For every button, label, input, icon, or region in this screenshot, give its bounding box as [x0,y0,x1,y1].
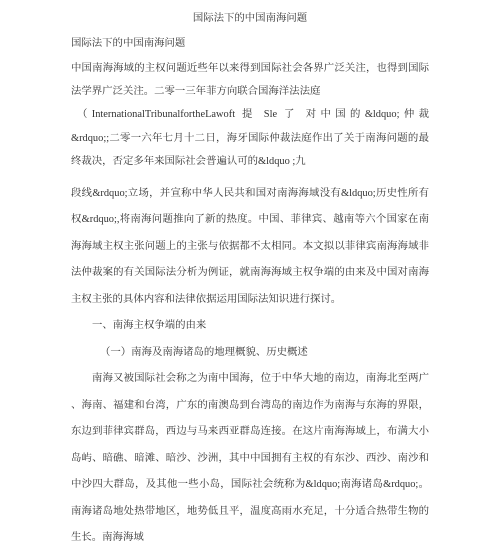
text-line: 终裁决，否定多年来国际社会普遍认可的&ldquo ;九 [71,150,429,173]
subsection-heading: （一）南海及南海诸岛的地理概貌、历史概述 [71,340,429,367]
text-line: 中沙四大群岛，及其他一些小岛，国际社会统称为&ldquo;南海诸岛&rdquo;… [71,472,429,499]
text-line: 中国南海海域的主权问题近些年以来得到国际社会各界广泛关注，也得到国际 [71,57,429,80]
text-line: 岛屿、暗礁、暗滩、暗沙、沙洲，其中中国拥有主权的有东沙、西沙、南沙和 [71,446,429,473]
text-line: 、海南、福建和台湾，广东的南澳岛到台湾岛的南边作为南海与东海的界限， [71,393,429,420]
text-line: 东边到菲律宾群岛，西边与马来西亚群岛连接。在这片南海海域上，布满大小 [71,419,429,446]
text-line: 主权主张的具体内容和法律依据运用国际法知识进行探讨。 [71,287,429,314]
document-content: 国际法下的中国南海问题 国际法下的中国南海问题 中国南海海域的主权问题近些年以来… [71,5,429,552]
text-line: 南海诸岛地处热带地区，地势低且平，温度高雨水充足，十分适合热带生物的 [71,499,429,526]
text-line: 生长。南海海域 [71,525,429,552]
text-line: 权&rdquo;,将南海问题推向了新的热度。中国、菲律宾、越南等六个国家在南 [71,207,429,234]
text-line: &rdquo;;二零一六年七月十二日，海牙国际仲裁法庭作出了关于南海问题的最 [71,127,429,150]
text-line: 南海又被国际社会称之为南中国海，位于中华大地的南边，南海北至两广 [71,366,429,393]
text-line: （InternationalTribunalfortheLawoft 提 Sle… [71,103,429,126]
section-heading: 一、南海主权争端的由来 [71,313,429,340]
text-line: 段线&rdquo;立场，并宣称中华人民共和国对南海海域没有&ldquo;历史性所… [71,181,429,208]
document-title: 国际法下的中国南海问题 [71,5,429,32]
text-line: 法学界广泛关注。二零一三年菲方向联合国海洋法法庭 [71,80,429,103]
document-heading: 国际法下的中国南海问题 [71,32,429,57]
text-line: 海海域主权主张问题上的主张与依据都不太相同。本文拟以菲律宾南海海域非 [71,234,429,261]
text-line: 法仲裁案的有关国际法分析为例证，就南海海域主权争端的由来及中国对南海 [71,260,429,287]
document-page: 国际法下的中国南海问题 国际法下的中国南海问题 中国南海海域的主权问题近些年以来… [0,0,500,553]
